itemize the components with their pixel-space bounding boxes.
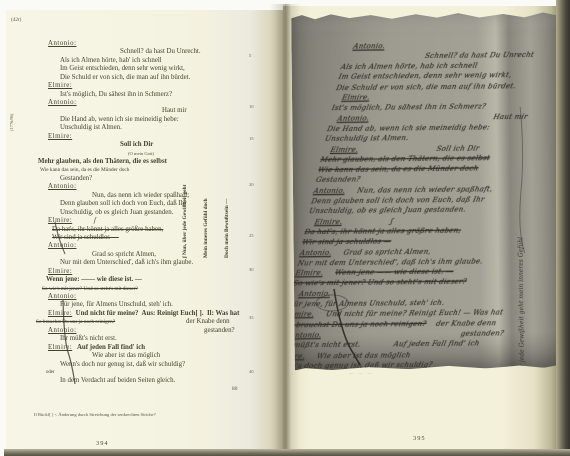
text-line: Wenn jene: —— wie diese ist. — [36, 276, 258, 284]
faint-pencil-caption: — — — [349, 370, 374, 375]
text-line: Antonio: [36, 40, 258, 48]
page-number-left: 394 [96, 440, 109, 447]
text-line: Die Schuld er von sich, die man auf ihn … [36, 74, 258, 82]
page-edge-shadow-bottom [4, 449, 570, 456]
left-page: (42r) (1776/86) Antonio:Schnell? da hast… [6, 10, 283, 450]
line-number: 20 [249, 182, 254, 187]
text-line: So wie's mit jener? Und so steht's mit d… [36, 285, 258, 293]
handwritten-line: Wenn's doch genug ist, daß wir schuldig? [268, 359, 513, 372]
manuscript-sheet-number: 80 [232, 386, 237, 392]
line-number: 15 [249, 136, 254, 141]
apparatus-footnote: Il Rückf[ ] < Änderung durch Streichung … [34, 412, 244, 417]
right-page: Antonio.Schnell? da hast Du UnrechtAls i… [283, 6, 556, 452]
text-line: Antonio:gestanden? [36, 327, 258, 335]
book-spread: (42r) (1776/86) Antonio:Schnell? da hast… [0, 0, 570, 456]
text-line: Im Geist entschieden, denn sehr wenig wi… [36, 65, 258, 73]
rotated-note-line: Doch mein Bewußtsein — [224, 162, 231, 258]
text-line: Antonio: [36, 99, 258, 107]
text-line: Ist's möglich, Du sähest ihn in Schmerz? [36, 91, 258, 99]
text-line: Unschuldig ist Almen. [36, 124, 258, 132]
text-line: Haut mir [36, 107, 258, 115]
line-number: 35 [249, 315, 254, 320]
folio-marker: (42r) [11, 17, 21, 23]
text-line: Wie aber ist das möglich [36, 352, 258, 360]
text-line: Wenn's doch nur genug ist, daß wir schul… [36, 361, 258, 369]
facsimile-photo: Antonio.Schnell? da hast Du UnrechtAls i… [291, 11, 560, 371]
rotated-note-line: ʃ Nun, über jede Gewißheit geht [182, 162, 189, 258]
text-line: Elmire: Und nicht für meine? Aus: Reinig… [36, 310, 258, 318]
text-line: Schnell? da hast Du Unrecht. [36, 48, 258, 56]
rotated-variant-note: ʃ Nun, über jede Gewißheit geht Mein inn… [168, 162, 190, 258]
text-line: Die Hand ab, wenn ich sie meineidig hebe… [36, 116, 258, 124]
line-number: 40 [249, 369, 254, 374]
line-number: 10 [249, 104, 254, 109]
handwritten-margin-note-rotated: Nun über jede Gewißheit geht mein innere… [518, 243, 533, 393]
page-edge-shadow-right [556, 0, 570, 456]
text-line: Elmire: Auf jeden Fall find' ich [36, 344, 258, 352]
page-number-right: 395 [413, 435, 426, 442]
text-line: Für jene, für Almens Unschuld, steh' ich… [36, 301, 258, 309]
text-line: Als ich Almen hörte, hab' ich schnell [36, 57, 258, 65]
text-line: Ihr müßt's nicht erst. [36, 335, 258, 343]
text-line: oder [36, 369, 258, 377]
text-line: In dem Verdacht auf beiden Seiten gleich… [36, 377, 258, 385]
rotated-note-line: Mein inneres Gefühl doch [203, 162, 210, 258]
verse-line-numbers: 5 10 15 20 25 30 35 40 [249, 10, 263, 450]
handwritten-line: In dem Verdacht auf beiden Seiten gleich… [266, 369, 511, 382]
text-line: Nur mit dem Unterschied', daß ich's ihm … [36, 259, 258, 267]
text-line: Soll ich Dir [36, 141, 258, 149]
line-number: 30 [249, 267, 254, 272]
text-line: Elmire: [36, 82, 258, 90]
text-line: Antonio: [36, 293, 258, 301]
line-number: 5 [249, 53, 251, 58]
margin-date-rotated: (1776/86) [9, 85, 17, 131]
line-number: 25 [249, 233, 254, 238]
text-line: So brauchst Du uns ja noch reinigen?der … [36, 318, 258, 326]
text-line: (O mein Gott) [36, 150, 258, 158]
text-line: Elmire: [36, 133, 258, 141]
text-line: Elmire: [36, 268, 258, 276]
